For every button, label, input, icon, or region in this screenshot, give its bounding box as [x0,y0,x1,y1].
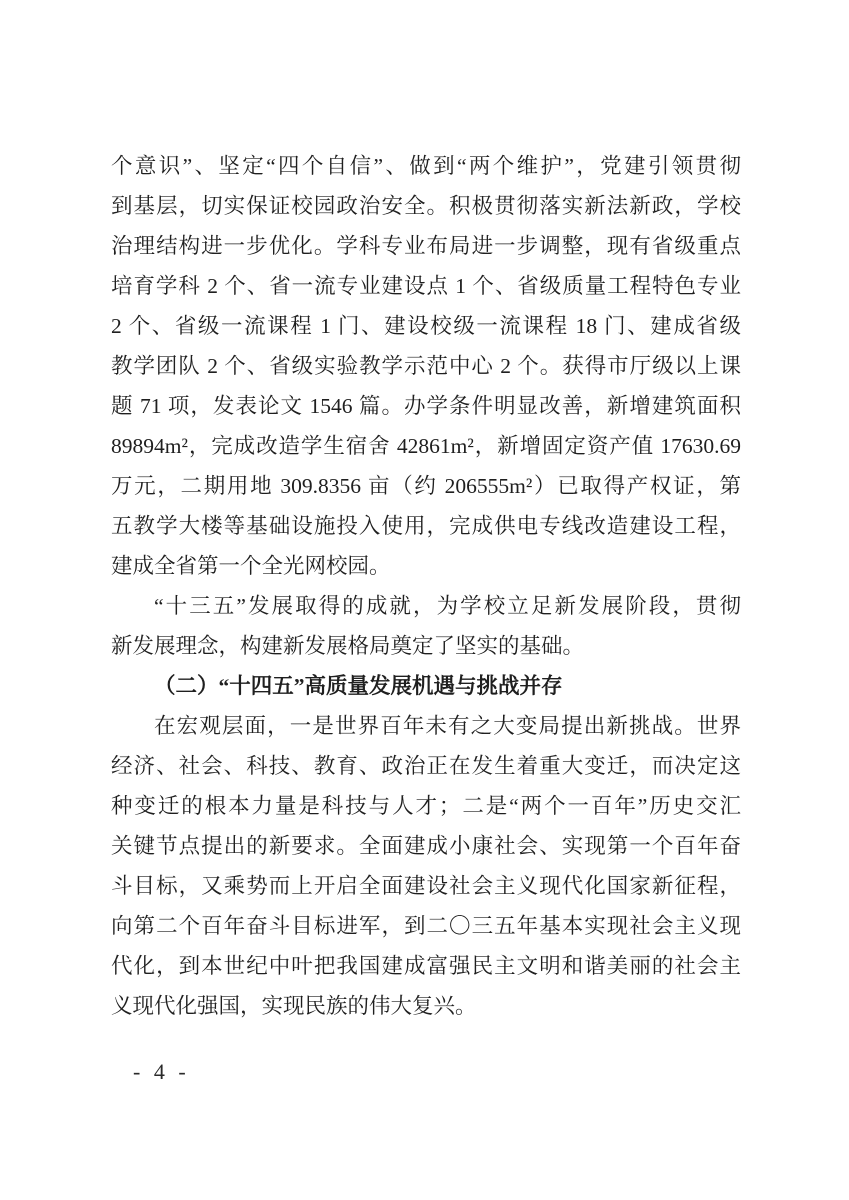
text-line: 题 71 项，发表论文 1546 篇。办学条件明显改善，新增建筑面积 [111,386,741,426]
text-line: 教学团队 2 个、省级实验教学示范中心 2 个。获得市厅级以上课 [111,346,741,386]
text-line: 到基层，切实保证校园政治安全。积极贯彻落实新法新政，学校 [111,186,741,226]
text-line: 种变迁的根本力量是科技与人才；二是“两个一百年”历史交汇 [111,786,741,826]
text-line: “十三五”发展取得的成就，为学校立足新发展阶段，贯彻 [111,586,741,626]
text-line: 万元，二期用地 309.8356 亩（约 206555m²）已取得产权证，第 [111,466,741,506]
text-line: 个意识”、坚定“四个自信”、做到“两个维护”，党建引领贯彻 [111,146,741,186]
text-line: 治理结构进一步优化。学科专业布局进一步调整，现有省级重点 [111,226,741,266]
text-line: 培育学科 2 个、省一流专业建设点 1 个、省级质量工程特色专业 [111,266,741,306]
text-line: 五教学大楼等基础设施投入使用，完成供电专线改造建设工程， [111,506,741,546]
text-line: 新发展理念，构建新发展格局奠定了坚实的基础。 [111,626,741,666]
text-line: 建成全省第一个全光网校园。 [111,546,741,586]
text-line: 义现代化强国，实现民族的伟大复兴。 [111,986,741,1026]
text-line: 2 个、省级一流课程 1 门、建设校级一流课程 18 门、建成省级 [111,306,741,346]
page-body-text: 个意识”、坚定“四个自信”、做到“两个维护”，党建引领贯彻 到基层，切实保证校园… [111,146,741,1026]
text-line: 关键节点提出的新要求。全面建成小康社会、实现第一个百年奋 [111,826,741,866]
text-line: 在宏观层面，一是世界百年未有之大变局提出新挑战。世界 [111,706,741,746]
page-number: - 4 - [133,1052,190,1092]
text-line: 斗目标，又乘势而上开启全面建设社会主义现代化国家新征程， [111,866,741,906]
document-page: 个意识”、坚定“四个自信”、做到“两个维护”，党建引领贯彻 到基层，切实保证校园… [0,0,849,1200]
section-heading: （二）“十四五”高质量发展机遇与挑战并存 [111,666,741,706]
text-line: 代化，到本世纪中叶把我国建成富强民主文明和谐美丽的社会主 [111,946,741,986]
text-line: 经济、社会、科技、教育、政治正在发生着重大变迁，而决定这 [111,746,741,786]
text-line: 向第二个百年奋斗目标进军，到二〇三五年基本实现社会主义现 [111,906,741,946]
text-line: 89894m²，完成改造学生宿舍 42861m²，新增固定资产值 17630.6… [111,426,741,466]
